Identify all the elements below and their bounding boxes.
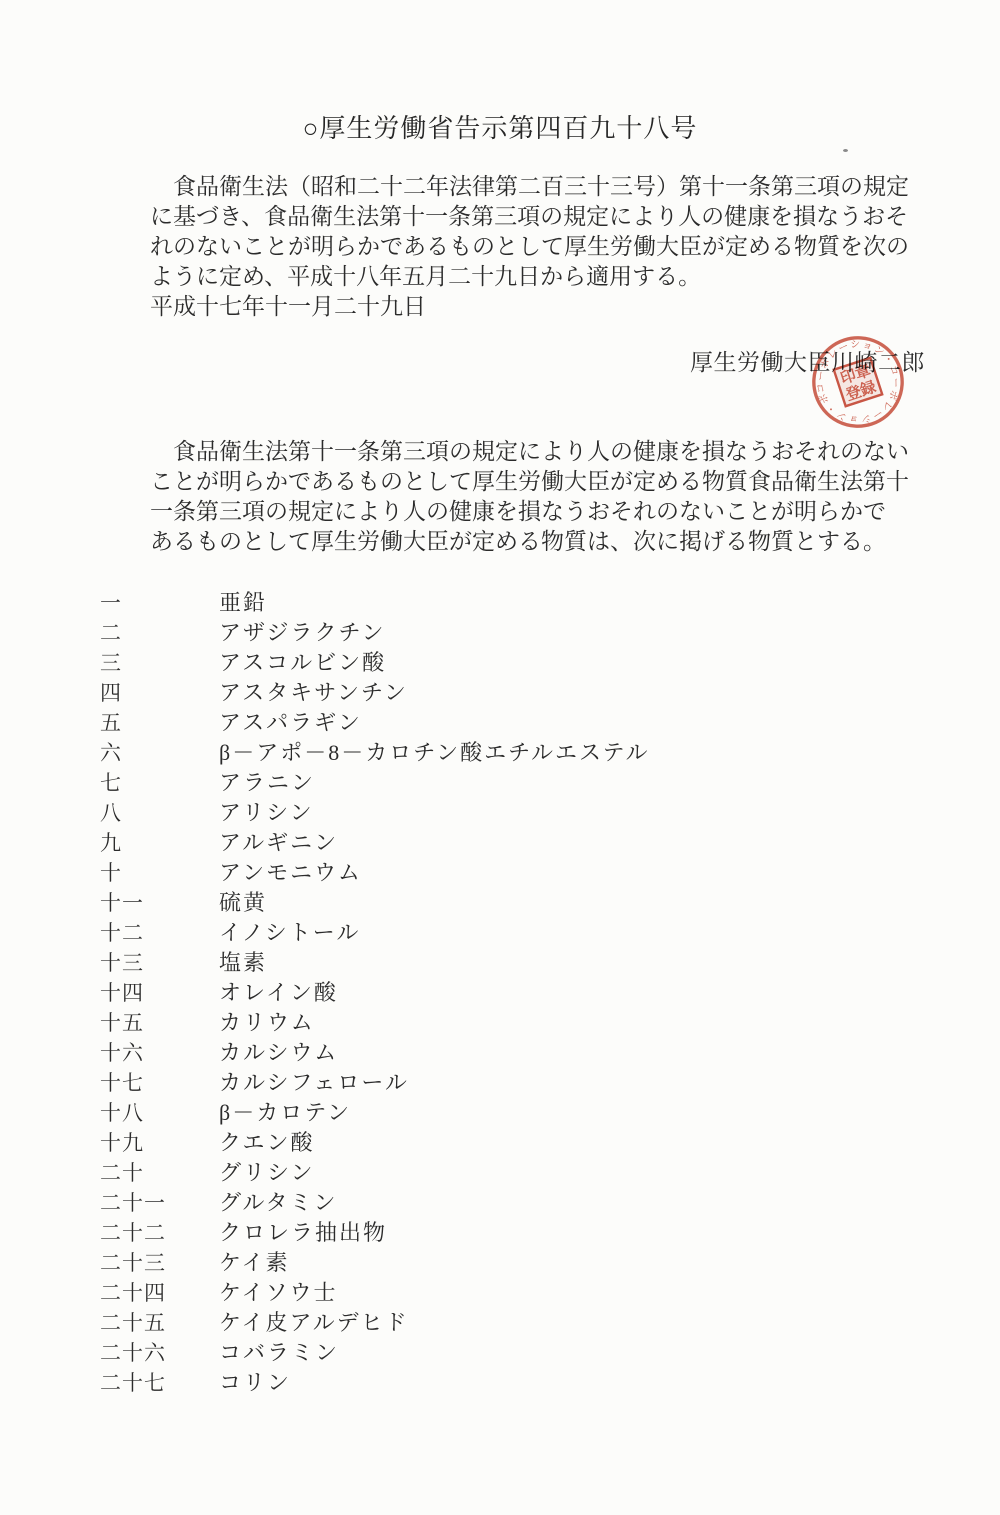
substance-number: 二十六 <box>100 1338 215 1368</box>
substance-name: カルシウム <box>219 1038 338 1068</box>
substance-name: コリン <box>219 1368 291 1398</box>
substance-number: 二 <box>100 618 215 648</box>
substance-name: 亜鉛 <box>219 588 267 618</box>
substance-row: 二十二 クロレラ抽出物 <box>100 1218 900 1248</box>
substance-number: 十二 <box>100 918 215 948</box>
substance-name: アスコルビン酸 <box>219 648 386 678</box>
substance-number: 十九 <box>100 1128 215 1158</box>
scan-speck <box>843 149 848 152</box>
substance-row: 二十 グリシン <box>100 1158 900 1188</box>
substance-row: 二十三 ケイ素 <box>100 1248 900 1278</box>
document-page: ○厚生労働省告示第四百九十八号 食品衛生法（昭和二十二年法律第二百三十三号）第十… <box>0 0 1000 1515</box>
substance-number: 十八 <box>100 1098 215 1128</box>
substance-row: 四 アスタキサンチン <box>100 678 900 708</box>
substance-name: アリシン <box>219 798 314 828</box>
substance-name: アスパラギン <box>219 708 362 738</box>
substance-row: 十五 カリウム <box>100 1008 900 1038</box>
substance-name: イノシトール <box>219 918 360 948</box>
preamble-text-line: ように定め、平成十八年五月二十九日から適用する。 <box>150 262 920 292</box>
substance-name: カルシフェロール <box>219 1068 409 1098</box>
preamble-text-line: に基づき、食品衛生法第十一条第三項の規定により人の健康を損なうおそ <box>150 202 920 232</box>
substance-number: 十五 <box>100 1008 215 1038</box>
substance-name: アルギニン <box>219 828 338 858</box>
page-title: ○厚生労働省告示第四百九十八号 <box>0 108 1000 145</box>
substance-number: 二十二 <box>100 1218 215 1248</box>
substance-name: カリウム <box>219 1008 315 1038</box>
substance-row: 十 アンモニウム <box>100 858 900 888</box>
substance-number: 六 <box>100 738 215 768</box>
substance-number: 二十 <box>100 1158 215 1188</box>
substance-name: β－アポ－8－カロチン酸エチルエステル <box>219 738 649 768</box>
substance-number: 十 <box>100 858 215 888</box>
substance-row: 十六 カルシウム <box>100 1038 900 1068</box>
substance-number: 二十一 <box>100 1188 215 1218</box>
substance-name: アスタキサンチン <box>219 678 408 708</box>
body-text-line: あるものとして厚生労働大臣が定める物質は、次に掲げる物質とする。 <box>150 527 920 557</box>
substance-row: 二十五 ケイ皮アルデヒド <box>100 1308 900 1338</box>
substance-number: 五 <box>100 708 215 738</box>
substance-number: 三 <box>100 648 215 678</box>
substance-name: β－カロテン <box>219 1098 351 1128</box>
preamble-paragraph: 食品衛生法（昭和二十二年法律第二百三十三号）第十一条第三項の規定 に基づき、食品… <box>150 172 920 292</box>
substance-row: 二十四 ケイソウ士 <box>100 1278 900 1308</box>
substance-name: アラニン <box>219 768 315 798</box>
substance-name: アンモニウム <box>219 858 362 888</box>
substance-number: 二十四 <box>100 1278 215 1308</box>
substance-name: グルタミン <box>219 1188 337 1218</box>
substance-name: クエン酸 <box>219 1128 315 1158</box>
substance-row: 二 アザジラクチン <box>100 618 900 648</box>
substance-row: 七 アラニン <box>100 768 900 798</box>
substance-number: 八 <box>100 798 215 828</box>
substance-number: 四 <box>100 678 215 708</box>
body-text-line: ことが明らかであるものとして厚生労働大臣が定める物質食品衛生法第十 <box>150 467 920 497</box>
substance-number: 二十五 <box>100 1308 215 1338</box>
substance-row: 十八 β－カロテン <box>100 1098 900 1128</box>
substance-row: 八 アリシン <box>100 798 900 828</box>
substance-number: 二十七 <box>100 1368 215 1398</box>
substance-number: 七 <box>100 768 215 798</box>
substance-name: クロレラ抽出物 <box>219 1218 387 1248</box>
substance-list: 一 亜鉛 二 アザジラクチン 三 アスコルビン酸 四 アスタキサンチン 五 アス… <box>100 588 900 1398</box>
substance-name: ケイ皮アルデヒド <box>219 1308 409 1338</box>
substance-number: 十四 <box>100 978 215 1008</box>
preamble-text-line: 食品衛生法（昭和二十二年法律第二百三十三号）第十一条第三項の規定 <box>150 172 920 202</box>
substance-number: 九 <box>100 828 215 858</box>
substance-row: 九 アルギニン <box>100 828 900 858</box>
substance-row: 二十一 グルタミン <box>100 1188 900 1218</box>
substance-name: コバラミン <box>219 1338 339 1368</box>
substance-row: 十四 オレイン酸 <box>100 978 900 1008</box>
substance-name: 硫黄 <box>219 888 267 918</box>
substance-row: 五 アスパラギン <box>100 708 900 738</box>
body-text-line: 食品衛生法第十一条第三項の規定により人の健康を損なうおそれのない <box>150 437 920 467</box>
substance-row: 十一 硫黄 <box>100 888 900 918</box>
substance-name: 塩素 <box>219 948 267 978</box>
substance-number: 十六 <box>100 1038 215 1068</box>
substance-row: 一 亜鉛 <box>100 588 900 618</box>
substance-row: 三 アスコルビン酸 <box>100 648 900 678</box>
substance-row: 十二 イノシトール <box>100 918 900 948</box>
substance-name: ケイソウ士 <box>219 1278 337 1308</box>
promulgation-date: 平成十七年十一月二十九日 <box>150 292 426 322</box>
substance-row: 十三 塩素 <box>100 948 900 978</box>
substance-row: 十七 カルシフェロール <box>100 1068 900 1098</box>
substance-row: 十九 クエン酸 <box>100 1128 900 1158</box>
substance-name: アザジラクチン <box>219 618 385 648</box>
substance-name: グリシン <box>219 1158 314 1188</box>
preamble-text-line: れのないことが明らかであるものとして厚生労働大臣が定める物質を次の <box>150 232 920 262</box>
substance-row: 二十七 コリン <box>100 1368 900 1398</box>
substance-name: ケイ素 <box>219 1248 289 1278</box>
minister-seal-stamp-icon: コーポレーション・コーポレーション・ポレ 印章 登録 <box>810 334 906 430</box>
substance-number: 十三 <box>100 948 215 978</box>
substance-row: 二十六 コバラミン <box>100 1338 900 1368</box>
substance-number: 二十三 <box>100 1248 215 1278</box>
substance-number: 十七 <box>100 1068 215 1098</box>
substance-number: 十一 <box>100 888 215 918</box>
body-paragraph: 食品衛生法第十一条第三項の規定により人の健康を損なうおそれのない ことが明らかで… <box>150 437 920 557</box>
body-text-line: 一条第三項の規定により人の健康を損なうおそれのないことが明らかで <box>150 497 920 527</box>
substance-row: 六 β－アポ－8－カロチン酸エチルエステル <box>100 738 900 768</box>
substance-name: オレイン酸 <box>219 978 338 1008</box>
substance-number: 一 <box>100 588 215 618</box>
